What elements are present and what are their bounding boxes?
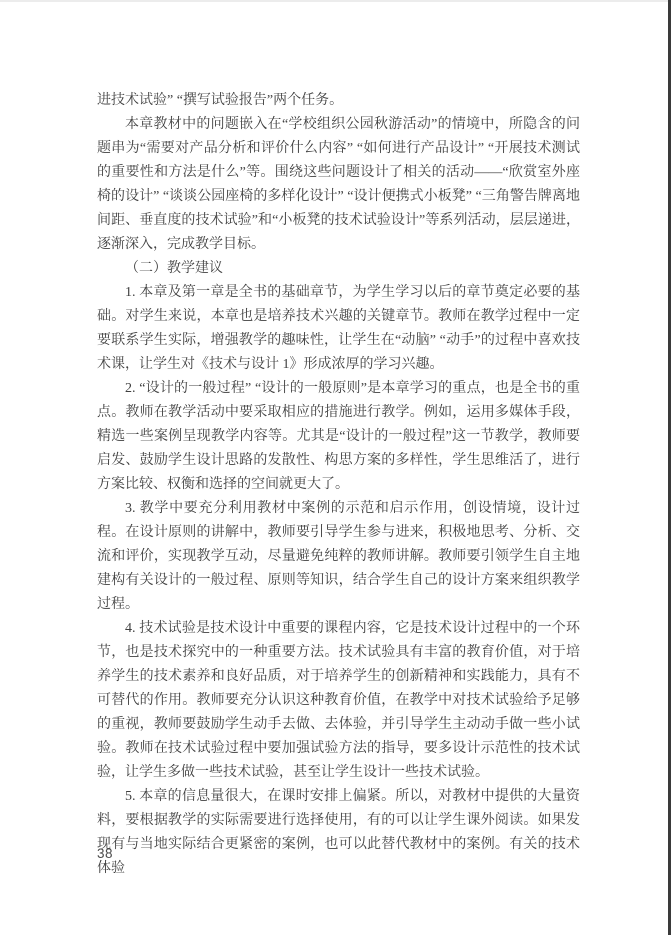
paragraph-item-2: 2. “设计的一般过程” “设计的一般原则”是本章学习的重点，也是全书的重点。教… — [97, 377, 580, 497]
paragraph-item-4: 4. 技术试验是技术设计中重要的课程内容，它是技术设计过程中的一个环节，也是技术… — [97, 617, 580, 785]
paragraph-item-5: 5. 本章的信息量很大，在课时安排上偏紧。所以，对教材中提供的大量资料，要根据教… — [97, 785, 580, 881]
paragraph-item-1: 1. 本章及第一章是全书的基础章节，为学生学习以后的章节奠定必要的基础。对学生来… — [97, 281, 580, 377]
text-block: 进技术试验” “撰写试验报告”两个任务。 本章教材中的问题嵌入在“学校组织公园秋… — [97, 89, 580, 881]
scan-top-edge-line — [0, 0, 671, 2]
paragraph-chapter-context: 本章教材中的问题嵌入在“学校组织公园秋游活动”的情境中，所隐含的问题串为“需要对… — [97, 113, 580, 257]
paragraph-continuation: 进技术试验” “撰写试验报告”两个任务。 — [97, 89, 580, 113]
section-heading: （二）教学建议 — [97, 257, 580, 281]
paragraph-item-3: 3. 教学中要充分利用教材中案例的示范和启示作用，创设情境，设计过程。在设计原则… — [97, 497, 580, 617]
page-number: 38 — [97, 846, 113, 862]
page: 进技术试验” “撰写试验报告”两个任务。 本章教材中的问题嵌入在“学校组织公园秋… — [0, 0, 671, 935]
